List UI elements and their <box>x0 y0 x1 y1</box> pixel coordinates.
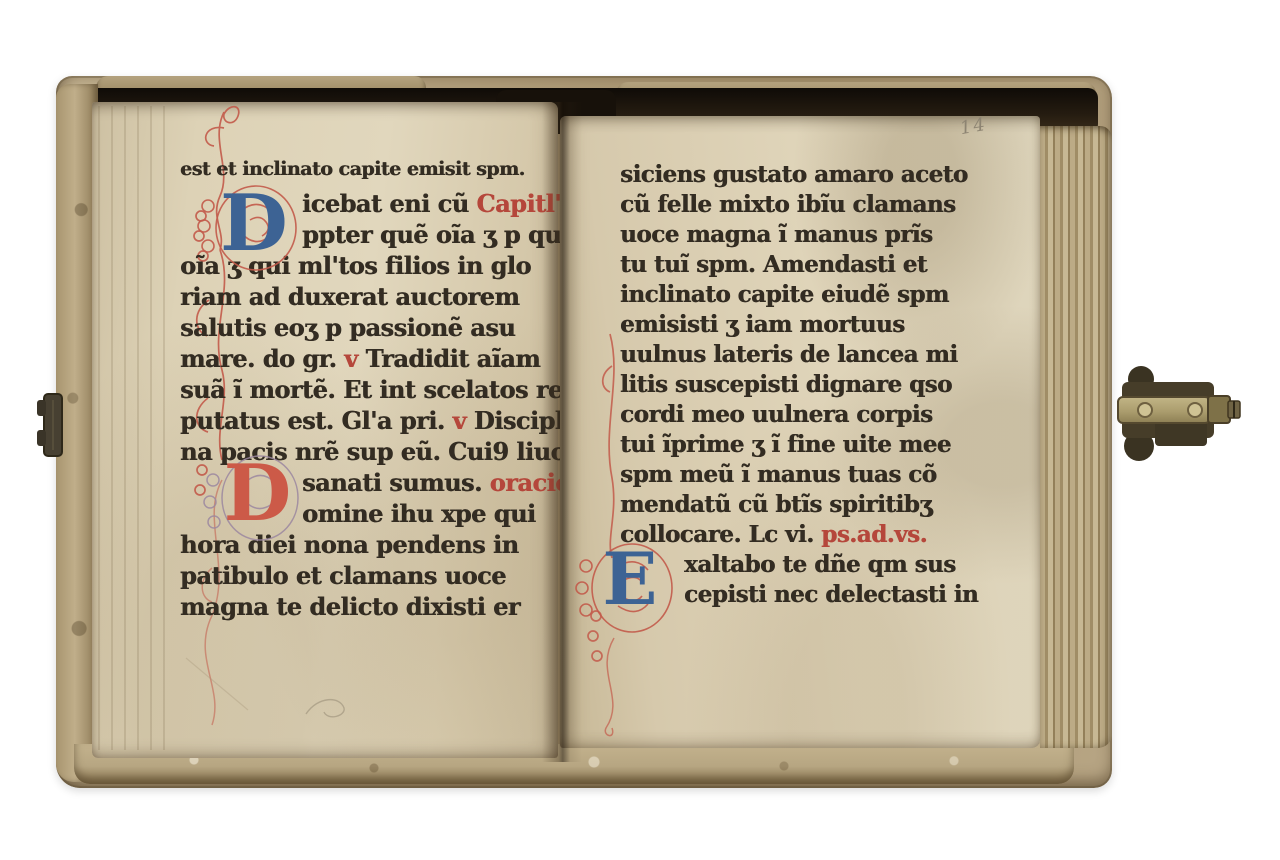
initial-letter: D <box>210 456 305 532</box>
manuscript-photo: D D est et inclinato capite emisit spm.i… <box>0 0 1280 860</box>
manuscript-text-line: litis suscepisti dignare qso <box>620 370 970 400</box>
body-text: emisisti ʒ iam mortuus <box>620 311 905 338</box>
body-text: tu tuĩ spm. Amendasti et <box>620 251 927 278</box>
rubric-text: v <box>344 344 365 373</box>
body-text: putatus est. Gl'a pri. <box>180 406 452 435</box>
body-text: mare. do gr. <box>180 344 344 373</box>
body-text: cepisti nec delectasti in <box>684 581 978 608</box>
body-text: patibulo et clamans uoce <box>180 561 506 590</box>
body-text: cordi meo uulnera corpis <box>620 401 932 428</box>
initial-letter: E <box>584 544 676 615</box>
manuscript-text-line: inclinato capite eiudẽ spm <box>620 280 970 310</box>
manuscript-text-line: cordi meo uulnera corpis <box>620 400 970 430</box>
body-text: spm meũ ĩ manus tuas cõ <box>620 461 937 488</box>
body-text: Tradidit aĩam <box>365 344 540 373</box>
manuscript-text-line: uoce magna ĩ manus prĩs <box>620 220 970 250</box>
body-text: magna te delicto dixisti er <box>180 592 520 621</box>
manuscript-text-line: suã ĩ mortẽ. Et int scelatos re <box>180 374 560 405</box>
left-page: D D est et inclinato capite emisit spm.i… <box>92 102 558 758</box>
brass-clasp <box>1095 350 1255 474</box>
gutter-shadow <box>542 102 582 762</box>
illuminated-initial-D-blue: D <box>204 186 304 270</box>
rubric-text: ps.ad.vs. <box>821 521 927 548</box>
body-text: ppter quẽ oĩa ʒ p quẽ <box>302 220 576 249</box>
manuscript-text-line: tu tuĩ spm. Amendasti et <box>620 250 970 280</box>
manuscript-text-line: mendatũ cũ btĩs spiritibʒ <box>620 490 970 520</box>
manuscript-text-line: spm meũ ĩ manus tuas cõ <box>620 460 970 490</box>
body-text: uulnus lateris de lancea mi <box>620 341 958 368</box>
body-text: siciens gustato amaro aceto <box>620 161 968 188</box>
body-text: omine ihu xpe qui <box>302 499 536 528</box>
body-text: cũ felle mixto ibĩu clamans <box>620 191 955 218</box>
manuscript-text-line: tui ĩprime ʒ ĩ fine uite mee <box>620 430 970 460</box>
body-text: salutis eoʒ p passionẽ asu <box>180 313 515 342</box>
illuminated-initial-D-red: D <box>210 456 305 540</box>
initial-letter: D <box>204 186 304 262</box>
manuscript-text-line: mare. do gr. v Tradidit aĩam <box>180 343 560 374</box>
manuscript-text-line: salutis eoʒ p passionẽ asu <box>180 312 560 343</box>
manuscript-text-line: cũ felle mixto ibĩu clamans <box>620 190 970 220</box>
folio-number: 14 <box>958 114 988 139</box>
manuscript-text-line: uulnus lateris de lancea mi <box>620 340 970 370</box>
body-text: icebat eni cũ <box>302 189 476 218</box>
body-text: riam ad duxerat auctorem <box>180 282 519 311</box>
body-text: inclinato capite eiudẽ spm <box>620 281 949 308</box>
manuscript-text-line: siciens gustato amaro aceto <box>620 160 970 190</box>
manuscript-text-line: emisisti ʒ iam mortuus <box>620 310 970 340</box>
illuminated-initial-E-blue: E <box>584 544 676 632</box>
body-text: suã ĩ mortẽ. Et int scelatos re <box>180 375 563 404</box>
body-text: uoce magna ĩ manus prĩs <box>620 221 932 248</box>
pencil-squiggle <box>298 688 358 728</box>
body-text: tui ĩprime ʒ ĩ fine uite mee <box>620 431 951 458</box>
body-text: litis suscepisti dignare qso <box>620 371 952 398</box>
open-book: D D est et inclinato capite emisit spm.i… <box>56 76 1112 788</box>
rubric-text: v <box>452 406 473 435</box>
manuscript-text-line: riam ad duxerat auctorem <box>180 281 560 312</box>
manuscript-text-line: magna te delicto dixisti er <box>180 591 560 622</box>
body-text: sanati sumus. <box>302 468 490 497</box>
clasp-hook <box>1208 396 1240 423</box>
manuscript-text-line: patibulo et clamans uoce <box>180 560 560 591</box>
body-text: mendatũ cũ btĩs spiritibʒ <box>620 491 932 518</box>
body-text: xaltabo te dñe qm sus <box>684 551 956 578</box>
manuscript-text-line: putatus est. Gl'a pri. v Discipli <box>180 405 560 436</box>
clasp-catch-left <box>34 386 78 466</box>
clasp-strap <box>1118 397 1210 423</box>
right-page: 14 <box>560 116 1040 748</box>
